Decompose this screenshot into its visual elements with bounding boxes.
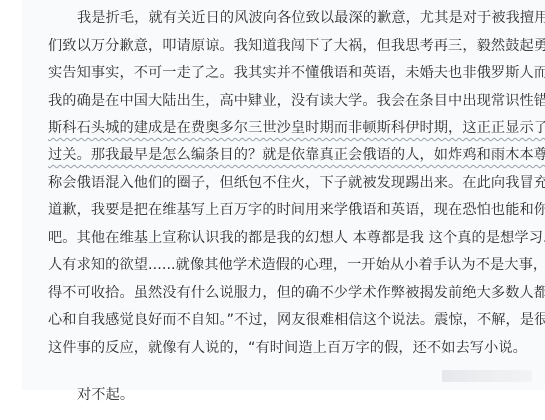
text-line-6-underlined: 过关。那我最早是怎么编条目的？就是依靠真正会俄语的人，如炸鸡和雨木本尊，通过自 <box>48 146 545 164</box>
text-line-3: 实告知事实，不可一走了之。我其实并不懂俄语和英语，未婚夫也非俄罗斯人而是华人， <box>48 64 545 82</box>
text-line-8: 道歉，我要是把在维基写上百万字的时间用来学俄语和英语，现在恐怕也能和你们沟通了 <box>48 201 545 219</box>
text-line-13: 这件事的反应，就像有人说的，“有时间造上百万字的假，还不如去写小说。 <box>48 339 527 357</box>
text-line-7: 称会俄语混入他们的圈子，但纸包不住火，下子就被发现踢出来。在此向我冒充过的三位 <box>48 174 545 192</box>
text-line-2: 们致以万分歉意，叩请原谅。我知道我闯下了大祸，但我思考再三，毅然鼓起勇气决定吐 <box>48 37 545 55</box>
text-line-5-underlined: 斯科石头城的建成是在费奥多尔三世沙皇时期而非顿斯科伊时期，这正正显示了基本功不 <box>48 119 545 137</box>
document-page: 我是折毛，就有关近日的风波向各位致以最深的歉意，尤其是对于被我擅用身份的人 们致… <box>22 0 545 390</box>
text-line-11: 得不可收拾。虽然没有什么说服力，但的确不少学术作弊被揭发前绝大多数人都因为虚荣 <box>48 284 545 302</box>
text-line-10: 人有求知的欲望......就像其他学术造假的心理，一开始从小着手认为不是大事，结… <box>48 256 545 274</box>
text-line-9: 吧。其他在维基上宣称认识我的都是我的幻想人 本尊都是我 这个真的是想学习....… <box>48 229 545 247</box>
text-line-12: 心和自我感觉良好而不自知。”不过，网友很难相信这个说法。震惊，不解，是很多人对 <box>48 311 545 329</box>
closing-line: 对不起。 <box>77 386 134 404</box>
blurred-watermark <box>442 370 532 382</box>
text-line-4: 我的确是在中国大陆出生，高中肄业，没有读大学。我会在条目中出现常识性错误，如莫 <box>48 92 545 110</box>
text-line-1: 我是折毛，就有关近日的风波向各位致以最深的歉意，尤其是对于被我擅用身份的人 <box>77 9 545 27</box>
